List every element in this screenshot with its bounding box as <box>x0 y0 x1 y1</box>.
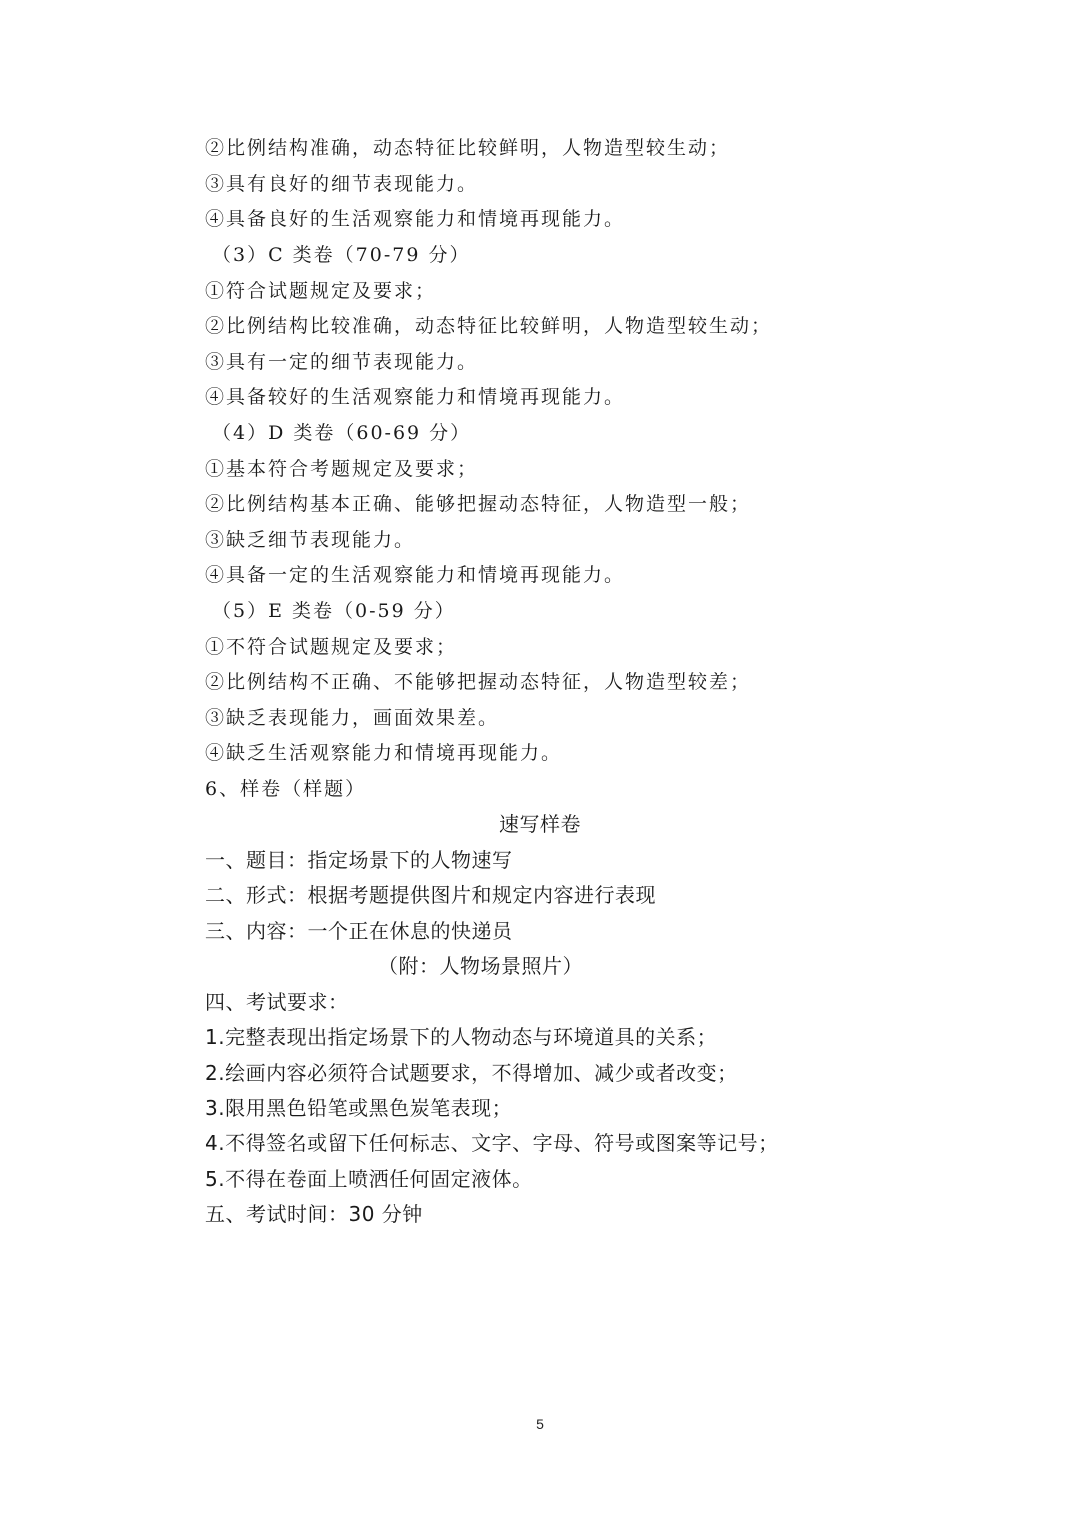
exam-time: 五、考试时间：30 分钟 <box>205 1202 423 1226</box>
requirements-heading: 四、考试要求： <box>205 990 349 1014</box>
document-page: ②比例结构准确，动态特征比较鲜明，人物造型较生动； ③具有良好的细节表现能力。 … <box>0 0 1080 1527</box>
sample-line-topic: 一、题目：指定场景下的人物速写 <box>205 848 513 872</box>
requirement-item: 3.限用黑色铅笔或黑色炭笔表现； <box>205 1096 512 1120</box>
sample-line-form: 二、形式：根据考题提供图片和规定内容进行表现 <box>205 883 656 907</box>
grade-heading-e: （5）E 类卷（0-59 分） <box>212 599 456 623</box>
requirement-item: 4.不得签名或留下任何标志、文字、字母、符号或图案等记号； <box>205 1131 779 1155</box>
criterion-line: ①基本符合考题规定及要求； <box>205 457 478 481</box>
sample-attachment-note: （附：人物场景照片） <box>378 954 583 978</box>
criterion-line: ②比例结构基本正确、能够把握动态特征，人物造型一般； <box>205 492 751 516</box>
criterion-line: ②比例结构准确，动态特征比较鲜明，人物造型较生动； <box>205 136 730 160</box>
requirement-item: 5.不得在卷面上喷洒任何固定液体。 <box>205 1167 533 1191</box>
sample-line-content: 三、内容：一个正在休息的快递员 <box>205 919 513 943</box>
criterion-line: ③缺乏表现能力，画面效果差。 <box>205 706 499 730</box>
sample-title: 速写样卷 <box>0 812 1080 836</box>
criterion-line: ④具备较好的生活观察能力和情境再现能力。 <box>205 385 625 409</box>
criterion-line: ①符合试题规定及要求； <box>205 279 436 303</box>
criterion-line: ③缺乏细节表现能力。 <box>205 528 415 552</box>
criterion-line: ④缺乏生活观察能力和情境再现能力。 <box>205 741 562 765</box>
criterion-line: ③具有良好的细节表现能力。 <box>205 172 478 196</box>
page-number: 5 <box>0 1416 1080 1432</box>
criterion-line: ②比例结构不正确、不能够把握动态特征，人物造型较差； <box>205 670 751 694</box>
section-heading-sample: 6、样卷（样题） <box>205 777 366 801</box>
requirement-item: 1.完整表现出指定场景下的人物动态与环境道具的关系； <box>205 1025 717 1049</box>
criterion-line: ②比例结构比较准确，动态特征比较鲜明，人物造型较生动； <box>205 314 772 338</box>
criterion-line: ③具有一定的细节表现能力。 <box>205 350 478 374</box>
criterion-line: ①不符合试题规定及要求； <box>205 635 457 659</box>
grade-heading-c: （3）C 类卷（70-79 分） <box>212 243 470 267</box>
criterion-line: ④具备一定的生活观察能力和情境再现能力。 <box>205 563 625 587</box>
grade-heading-d: （4）D 类卷（60-69 分） <box>212 421 471 445</box>
requirement-item: 2.绘画内容必须符合试题要求，不得增加、减少或者改变； <box>205 1061 738 1085</box>
criterion-line: ④具备良好的生活观察能力和情境再现能力。 <box>205 207 625 231</box>
